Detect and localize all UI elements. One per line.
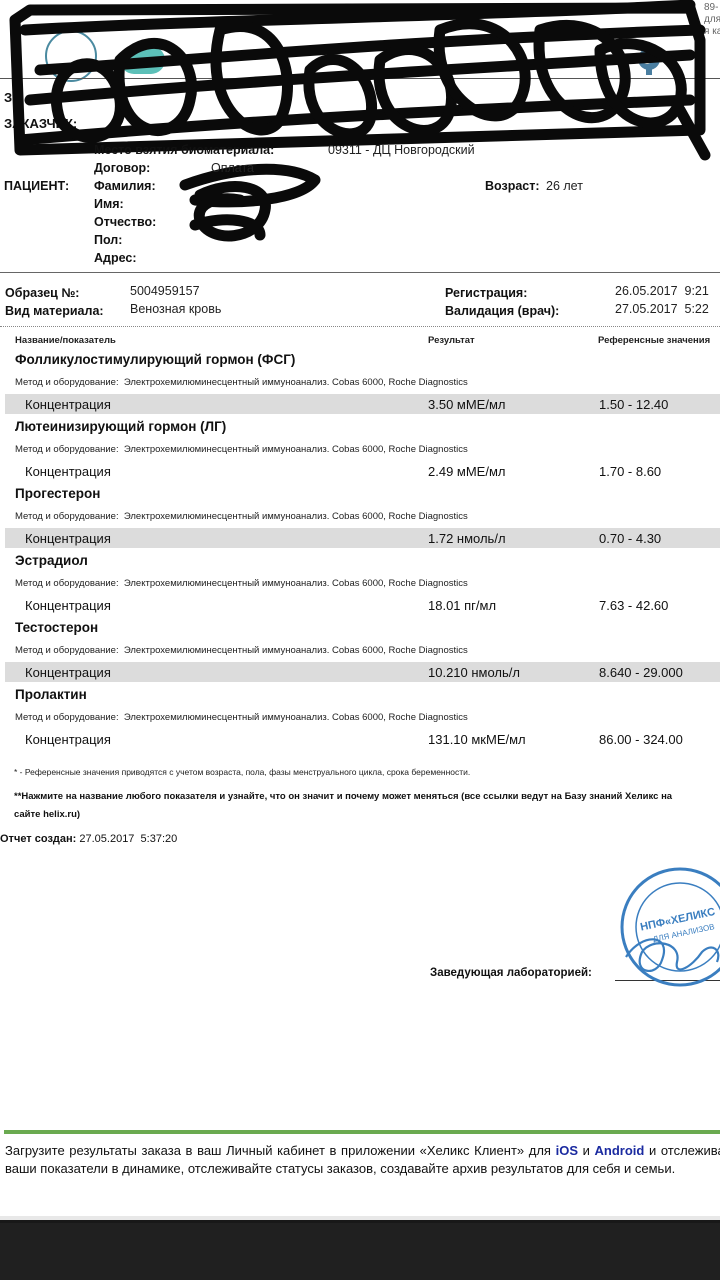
material-value: Венозная кровь bbox=[130, 302, 221, 316]
sampling-place-value: 09311 - ДЦ Новгородский bbox=[328, 143, 475, 157]
patient-divider bbox=[0, 272, 720, 273]
table-row: Концентрация2.49 мМЕ/мл1.70 - 8.60 bbox=[5, 461, 720, 481]
redacted-header: 89- для я ка З ЗАКАЗЧИК: bbox=[0, 0, 720, 130]
sample-number-value: 5004959157 bbox=[130, 284, 200, 298]
reference-range: 0.70 - 4.30 bbox=[599, 531, 661, 546]
edge-text-line: для bbox=[704, 14, 720, 26]
registration-value: 26.05.2017 9:21 bbox=[615, 284, 709, 298]
test-block: Фолликулостимулирующий гормон (ФСГ)Метод… bbox=[0, 352, 720, 419]
method-label: Метод и оборудование: bbox=[15, 645, 119, 656]
test-method: Метод и оборудование: Электрохемилюминес… bbox=[15, 578, 468, 589]
validation-label: Валидация (врач): bbox=[445, 304, 559, 318]
reference-range: 7.63 - 42.60 bbox=[599, 598, 668, 613]
column-header-reference: Референсные значения bbox=[598, 335, 710, 346]
result-value: 131.10 мкМЕ/мл bbox=[428, 732, 526, 747]
name-label: Имя: bbox=[94, 197, 124, 211]
report-created-label: Отчет создан: bbox=[0, 833, 76, 845]
section-letter: З bbox=[4, 90, 12, 105]
promo-and: и bbox=[578, 1143, 595, 1158]
result-value: 3.50 мМЕ/мл bbox=[428, 397, 506, 412]
validation-value: 27.05.2017 5:22 bbox=[615, 302, 709, 316]
viewer-bottom-bar bbox=[0, 1220, 720, 1280]
column-header-result: Результат bbox=[428, 335, 475, 346]
test-method: Метод и оборудование: Электрохемилюминес… bbox=[15, 511, 468, 522]
method-label: Метод и оборудование: bbox=[15, 377, 119, 388]
method-value: Электрохемилюминесцентный иммуноанализ. … bbox=[124, 645, 468, 656]
test-block: ТестостеронМетод и оборудование: Электро… bbox=[0, 620, 720, 687]
parameter-name: Концентрация bbox=[25, 598, 111, 613]
parameter-name: Концентрация bbox=[25, 665, 111, 680]
test-method: Метод и оборудование: Электрохемилюминес… bbox=[15, 645, 468, 656]
sample-number-label: Образец №: bbox=[5, 286, 79, 300]
customer-label: ЗАКАЗЧИК: bbox=[4, 116, 77, 131]
method-value: Электрохемилюминесцентный иммуноанализ. … bbox=[124, 444, 468, 455]
parameter-name: Концентрация bbox=[25, 464, 111, 479]
method-value: Электрохемилюминесцентный иммуноанализ. … bbox=[124, 712, 468, 723]
result-value: 1.72 нмоль/л bbox=[428, 531, 506, 546]
sampling-place-label: Место взятия биоматериала: bbox=[94, 143, 274, 157]
material-label: Вид материала: bbox=[5, 304, 104, 318]
test-block: ЭстрадиолМетод и оборудование: Электрохе… bbox=[0, 553, 720, 620]
method-value: Электрохемилюминесцентный иммуноанализ. … bbox=[124, 578, 468, 589]
gear-icon bbox=[632, 42, 666, 76]
parameter-name: Концентрация bbox=[25, 531, 111, 546]
header-right-edge-text: 89- для я ка bbox=[704, 2, 720, 38]
age-value: 26 лет bbox=[546, 179, 583, 193]
reference-range: 1.50 - 12.40 bbox=[599, 397, 668, 412]
method-label: Метод и оборудование: bbox=[15, 578, 119, 589]
knowledge-base-note[interactable]: **Нажмите на название любого показателя … bbox=[14, 788, 674, 824]
report-created-value: 27.05.2017 5:37:20 bbox=[79, 833, 177, 845]
test-title[interactable]: Тестостерон bbox=[15, 620, 98, 635]
logo-accent-shape bbox=[120, 46, 165, 74]
address-label: Адрес: bbox=[94, 251, 137, 265]
patronymic-label: Отчество: bbox=[94, 215, 156, 229]
test-method: Метод и оборудование: Электрохемилюминес… bbox=[15, 712, 468, 723]
age-label: Возраст: bbox=[485, 179, 540, 193]
head-of-lab-label: Заведующая лабораторией: bbox=[430, 967, 592, 979]
test-block: ПрогестеронМетод и оборудование: Электро… bbox=[0, 486, 720, 553]
header-divider bbox=[0, 78, 720, 79]
method-value: Электрохемилюминесцентный иммуноанализ. … bbox=[124, 511, 468, 522]
table-row: Концентрация18.01 пг/мл7.63 - 42.60 bbox=[5, 595, 720, 615]
android-link[interactable]: Android bbox=[595, 1143, 645, 1158]
parameter-name: Концентрация bbox=[25, 397, 111, 412]
result-value: 2.49 мМЕ/мл bbox=[428, 464, 506, 479]
test-title[interactable]: Прогестерон bbox=[15, 486, 100, 501]
method-label: Метод и оборудование: bbox=[15, 712, 119, 723]
sample-divider bbox=[0, 326, 720, 327]
test-title[interactable]: Эстрадиол bbox=[15, 553, 88, 568]
parameter-name: Концентрация bbox=[25, 732, 111, 747]
footer-accent-rule bbox=[4, 1130, 720, 1134]
promo-text-start: Загрузите результаты заказа в ваш Личный… bbox=[5, 1143, 556, 1158]
table-row: Концентрация131.10 мкМЕ/мл86.00 - 324.00 bbox=[5, 729, 720, 749]
reference-range: 8.640 - 29.000 bbox=[599, 665, 683, 680]
test-block: Лютеинизирующий гормон (ЛГ)Метод и обору… bbox=[0, 419, 720, 486]
edge-text-line: я ка bbox=[704, 26, 720, 38]
result-value: 10.210 нмоль/л bbox=[428, 665, 520, 680]
lab-stamp-icon: НПФ«ХЕЛИКС ДЛЯ АНАЛИЗОВ bbox=[612, 862, 720, 992]
contract-label: Договор: bbox=[94, 161, 150, 175]
test-block: ПролактинМетод и оборудование: Электрохе… bbox=[0, 687, 720, 754]
edge-text-line: 89- bbox=[704, 2, 720, 14]
table-row: Концентрация10.210 нмоль/л8.640 - 29.000 bbox=[5, 662, 720, 682]
test-title[interactable]: Пролактин bbox=[15, 687, 87, 702]
ios-link[interactable]: iOS bbox=[556, 1143, 578, 1158]
reference-range: 1.70 - 8.60 bbox=[599, 464, 661, 479]
contract-value: Оплата bbox=[211, 161, 254, 175]
logo-icon bbox=[45, 30, 97, 82]
table-row: Концентрация3.50 мМЕ/мл1.50 - 12.40 bbox=[5, 394, 720, 414]
reference-range: 86.00 - 324.00 bbox=[599, 732, 683, 747]
result-value: 18.01 пг/мл bbox=[428, 598, 496, 613]
surname-label: Фамилия: bbox=[94, 179, 156, 193]
test-title[interactable]: Лютеинизирующий гормон (ЛГ) bbox=[15, 419, 226, 434]
method-label: Метод и оборудование: bbox=[15, 444, 119, 455]
sex-label: Пол: bbox=[94, 233, 122, 247]
patient-section-label: ПАЦИЕНТ: bbox=[4, 179, 69, 193]
test-method: Метод и оборудование: Электрохемилюминес… bbox=[15, 377, 468, 388]
test-method: Метод и оборудование: Электрохемилюминес… bbox=[15, 444, 468, 455]
reference-note: * - Референсные значения приводятся с уч… bbox=[14, 767, 470, 777]
method-label: Метод и оборудование: bbox=[15, 511, 119, 522]
report-created: Отчет создан: 27.05.2017 5:37:20 bbox=[0, 833, 177, 845]
app-promo-text: Загрузите результаты заказа в ваш Личный… bbox=[5, 1142, 720, 1178]
test-title[interactable]: Фолликулостимулирующий гормон (ФСГ) bbox=[15, 352, 295, 367]
registration-label: Регистрация: bbox=[445, 286, 527, 300]
column-header-name: Название/показатель bbox=[15, 335, 116, 346]
lab-report-page: 89- для я ка З ЗАКАЗЧИК: bbox=[0, 0, 720, 1220]
method-value: Электрохемилюминесцентный иммуноанализ. … bbox=[124, 377, 468, 388]
table-row: Концентрация1.72 нмоль/л0.70 - 4.30 bbox=[5, 528, 720, 548]
